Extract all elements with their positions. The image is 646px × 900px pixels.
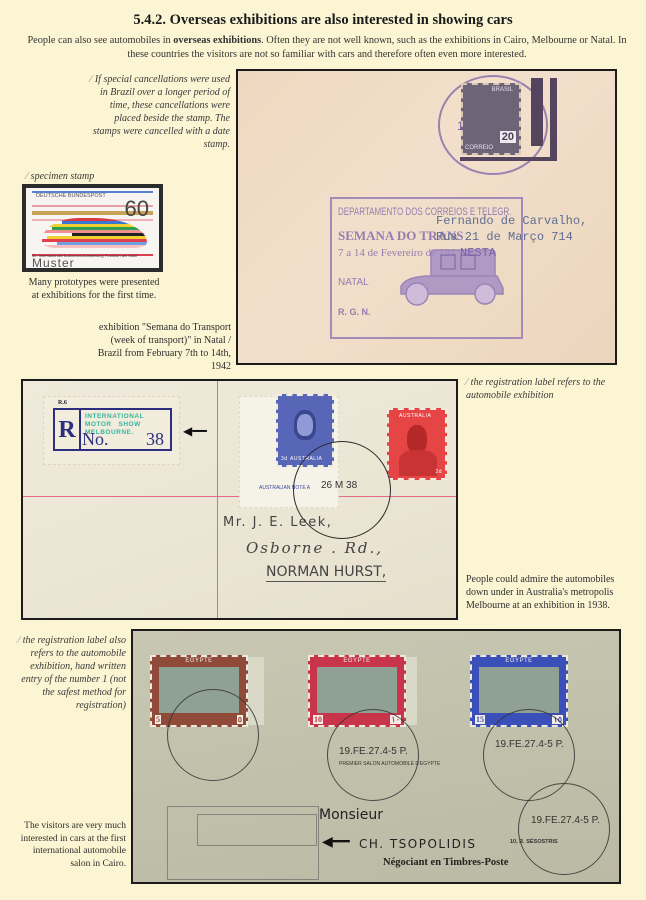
postmark-date: 26 M 38 [321, 480, 357, 491]
stamp-country: DEUTSCHE BUNDESPOST [36, 193, 106, 199]
stamp-country: EGYPTE [472, 658, 566, 664]
address-line: NESTA [436, 245, 587, 261]
note-text: the registration label also refers to th… [21, 635, 126, 711]
pencil-icon: ⁄ [26, 171, 28, 182]
stamp-inscription: CORREIO [465, 145, 493, 151]
note-text: the registration label refers to the aut… [466, 377, 605, 401]
number-label: No. [82, 429, 109, 450]
addressee-name: CH. TSOPOLIDIS [359, 837, 477, 851]
note-text: specimen stamp [31, 171, 95, 182]
address-line: Mr. J. E. Leek, [223, 515, 332, 530]
recipient-address: Fernando de Carvalho, Rua 21 de Março 71… [436, 213, 587, 261]
form-number: R.6 [58, 400, 67, 406]
pencil-icon: ⁄ [90, 74, 92, 85]
addressee-occupation: Négociant en Timbres-Poste [383, 857, 508, 868]
arrow-left-icon: ◀━━ [183, 424, 207, 439]
postmark-date: 19.FE.27.4-5 P. [531, 815, 600, 826]
stamp-value: 60 [125, 196, 149, 222]
address-line: Rua 21 de Março 714 [436, 229, 587, 245]
australia-cover: R.6 R INTERNATIONAL MOTOR SHOW MELBOURNE… [21, 379, 458, 620]
cachet-line: NATAL [338, 277, 369, 288]
stamp-value: 20 [500, 131, 516, 143]
salutation: Monsieur [319, 807, 383, 823]
page-title: 5.4.2. Overseas exhibitions are also int… [0, 12, 646, 29]
note-brazil-cancellation: ⁄If special cancellations were used in B… [88, 73, 230, 151]
stamp-country: EGYPTE [152, 658, 246, 664]
registration-letter: R [55, 410, 81, 449]
brazil-cover: 14 BRASIL CORREIO 20 DEPARTAMENTO DOS CO… [236, 69, 617, 365]
address-line: Osborne . Rd., [246, 539, 383, 557]
stamp-value: 10 [313, 715, 323, 724]
address-line: Fernando de Carvalho, [436, 213, 587, 229]
registration-label: R.6 R INTERNATIONAL MOTOR SHOW MELBOURNE… [43, 396, 180, 465]
circular-postmark [518, 783, 610, 875]
registration-number: 38 [146, 429, 164, 450]
arrow-left-icon: ◀━━ [322, 834, 350, 851]
stamp-country: AUSTRALIA [399, 413, 431, 419]
note-natal-exhibition: exhibition "Semana do Transport (week of… [90, 321, 231, 373]
registration-cachet-inner [197, 814, 317, 846]
cotton-vignette [317, 667, 397, 713]
car-graphic [42, 218, 147, 248]
note-prototypes: Many prototypes were presented at exhibi… [24, 276, 164, 302]
addressee-street: 10, R. SÉSOSTRIS [510, 839, 558, 845]
note-text: If special cancellations were used in Br… [93, 74, 230, 150]
stamp-value: 2d [435, 469, 442, 475]
stamp-value: 3d [281, 456, 288, 462]
margin-bar [550, 78, 557, 159]
stamp-country: EGYPTE [310, 658, 404, 664]
note-cairo-caption: The visitors are very much interested in… [14, 820, 126, 870]
note-melbourne-caption: People could admire the automobiles down… [466, 573, 616, 612]
margin-bar [460, 157, 557, 161]
note-melbourne-registration: ⁄the registration label refers to the au… [466, 376, 606, 402]
circular-postmark [167, 689, 259, 781]
cachet-line: R. G. N. [338, 307, 371, 317]
postmark-text: PREMIER SALON AUTOMOBILE D'EGYPTE [339, 761, 440, 767]
brazil-stamp: BRASIL CORREIO 20 [461, 83, 521, 155]
cotton-vignette [479, 667, 559, 713]
stamp-overprint: Muster [32, 256, 75, 268]
australia-2d-stamp: AUSTRALIA 2d [387, 408, 447, 480]
registration-box: R INTERNATIONAL MOTOR SHOW MELBOURNE. No… [53, 408, 172, 451]
intro-text-start: People can also see automobiles in [27, 35, 173, 46]
postmark-date: 19.FE.27.4-5 P. [339, 746, 408, 757]
postmark-date: 19.FE.27.4-5 P. [495, 739, 564, 750]
pencil-icon: ⁄ [466, 377, 468, 388]
egypt-cover: EGYPTE 5 ٥ EGYPTE 10 ١٠ EGYPTE 15 ١٥ 19.… [131, 629, 621, 884]
address-line: NORMAN HURST, [266, 564, 386, 582]
margin-bar [531, 78, 543, 146]
intro-bold-term: overseas exhibitions [173, 35, 261, 46]
note-specimen-label: ⁄specimen stamp [26, 170, 166, 183]
registration-line [217, 381, 218, 618]
note-cairo-registration: ⁄the registration label also refers to t… [14, 634, 126, 712]
intro-paragraph: People can also see automobiles in overs… [22, 34, 632, 62]
stamp-country: BRASIL [492, 87, 513, 93]
stamp-value: 15 [475, 715, 485, 724]
specimen-stamp: DEUTSCHE BUNDESPOST 60 50. International… [22, 184, 163, 272]
stamp-value: 5 [155, 715, 161, 724]
pencil-icon: ⁄ [18, 635, 20, 646]
